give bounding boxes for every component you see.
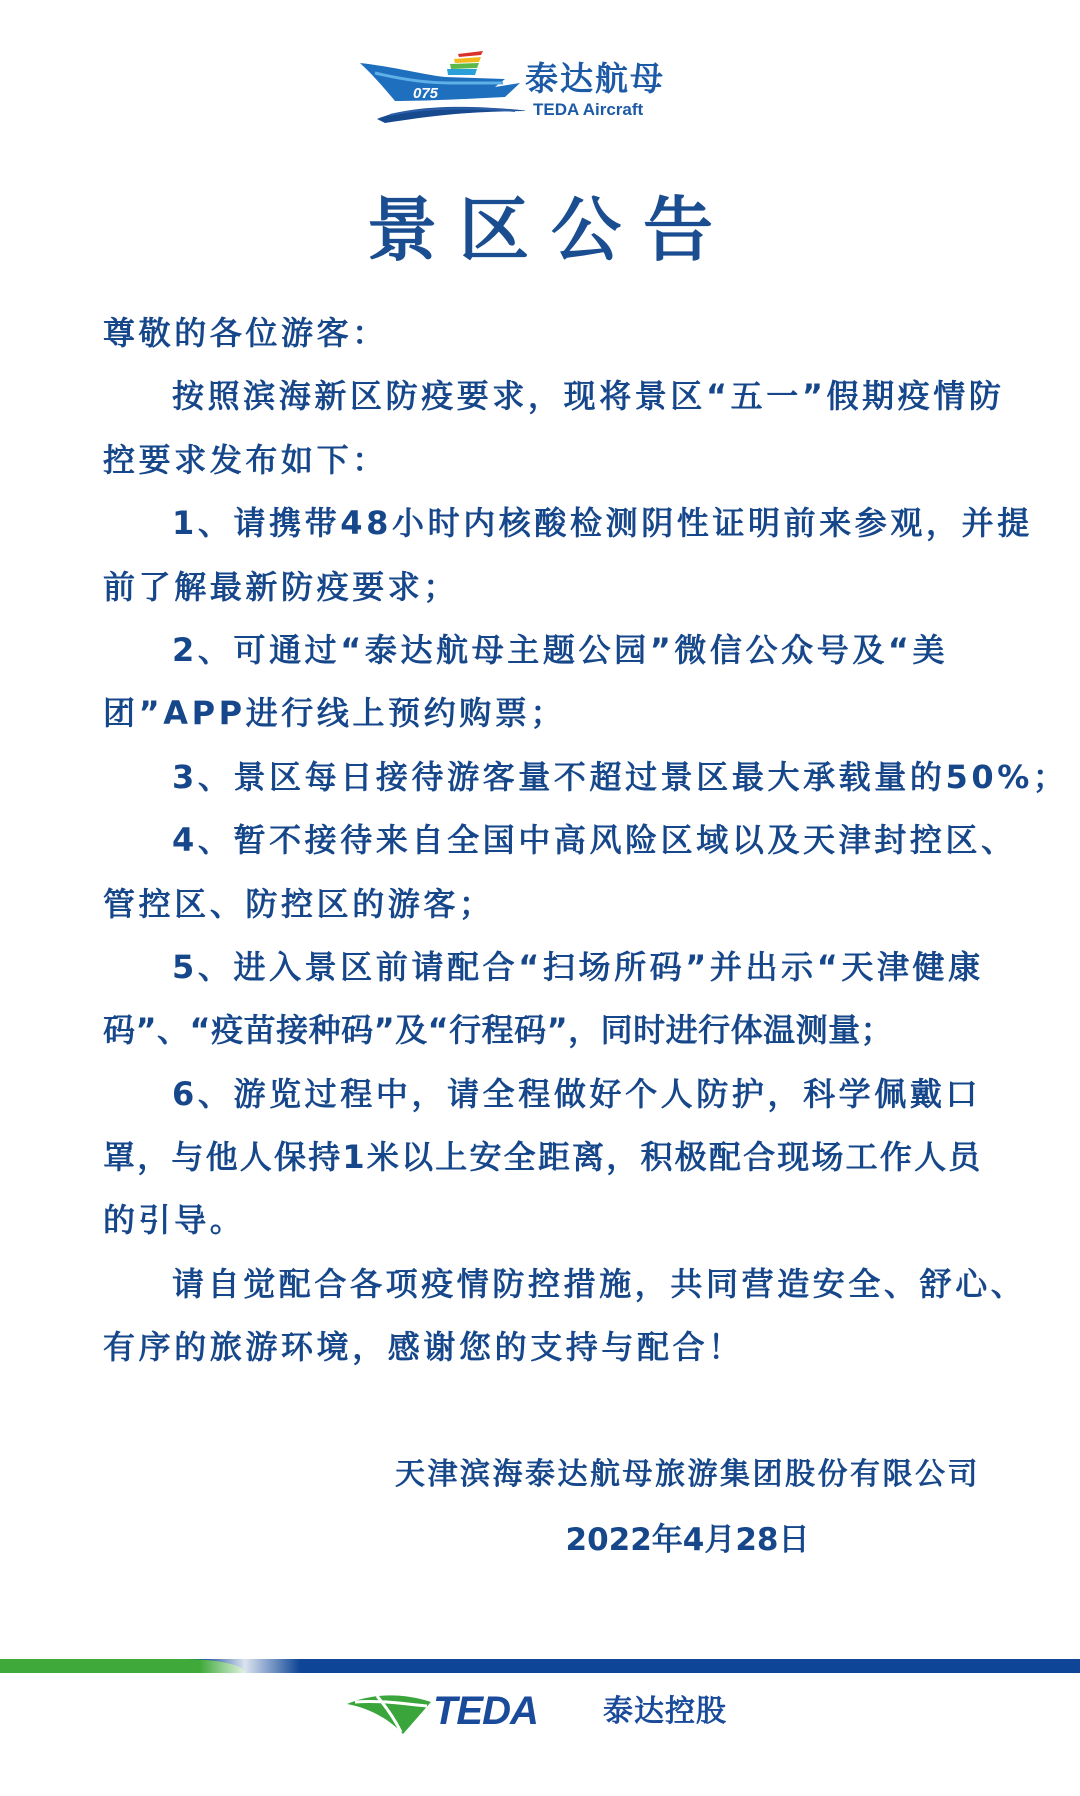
footer-stripe xyxy=(0,1659,1080,1673)
greeting: 尊敬的各位游客： xyxy=(103,314,983,377)
teda-leaf-logo-icon xyxy=(345,1690,435,1736)
logo-name-cn: 泰达航母 xyxy=(525,61,665,97)
logo-name-en: TEDA Aircraft xyxy=(533,100,643,120)
notice-item-5-cont: 码”、“疫苗接种码”及“行程码”，同时进行体温测量； xyxy=(103,1011,983,1074)
closing-line: 有序的旅游环境，感谢您的支持与配合！ xyxy=(103,1328,983,1391)
teda-holdings-logo: TEDA 泰达控股 xyxy=(345,1688,745,1736)
teda-aircraft-logo: 075 泰达航母 TEDA Aircraft xyxy=(355,45,715,130)
notice-body: 尊敬的各位游客： 按照滨海新区防疫要求，现将景区“五一”假期疫情防 控要求发布如… xyxy=(103,314,983,1392)
signature-date: 2022年4月28日 xyxy=(380,1520,995,1560)
signature-company: 天津滨海泰达航母旅游集团股份有限公司 xyxy=(380,1456,995,1494)
closing-line: 请自觉配合各项疫情防控措施，共同营造安全、舒心、 xyxy=(103,1265,983,1328)
page-title: 景区公告 xyxy=(0,190,1080,270)
intro-line: 按照滨海新区防疫要求，现将景区“五一”假期疫情防 xyxy=(103,377,983,440)
notice-item-2-cont: 团”APP进行线上预约购票； xyxy=(103,694,983,757)
notice-item-1: 1、请携带48小时内核酸检测阴性证明前来参观，并提 xyxy=(103,504,983,567)
svg-text:075: 075 xyxy=(413,85,439,102)
notice-item-6-cont: 的引导。 xyxy=(103,1201,983,1264)
teda-logo-text: TEDA xyxy=(433,1688,538,1734)
notice-item-2: 2、可通过“泰达航母主题公园”微信公众号及“美 xyxy=(103,631,983,694)
notice-item-1-cont: 前了解最新防疫要求； xyxy=(103,568,983,631)
notice-item-3: 3、景区每日接待游客量不超过景区最大承载量的50%； xyxy=(103,758,983,821)
teda-logo-cn: 泰达控股 xyxy=(603,1692,727,1732)
intro-line: 控要求发布如下： xyxy=(103,441,983,504)
stripe-transition xyxy=(200,1659,300,1673)
notice-item-6: 6、游览过程中，请全程做好个人防护，科学佩戴口 xyxy=(103,1075,983,1138)
notice-item-4: 4、暂不接待来自全国中高风险区域以及天津封控区、 xyxy=(103,821,983,884)
notice-item-4-cont: 管控区、防控区的游客； xyxy=(103,885,983,948)
notice-item-6-cont: 罩，与他人保持1米以上安全距离，积极配合现场工作人员 xyxy=(103,1138,983,1201)
aircraft-carrier-logo-icon: 075 xyxy=(355,45,525,130)
notice-item-5: 5、进入景区前请配合“扫场所码”并出示“天津健康 xyxy=(103,948,983,1011)
